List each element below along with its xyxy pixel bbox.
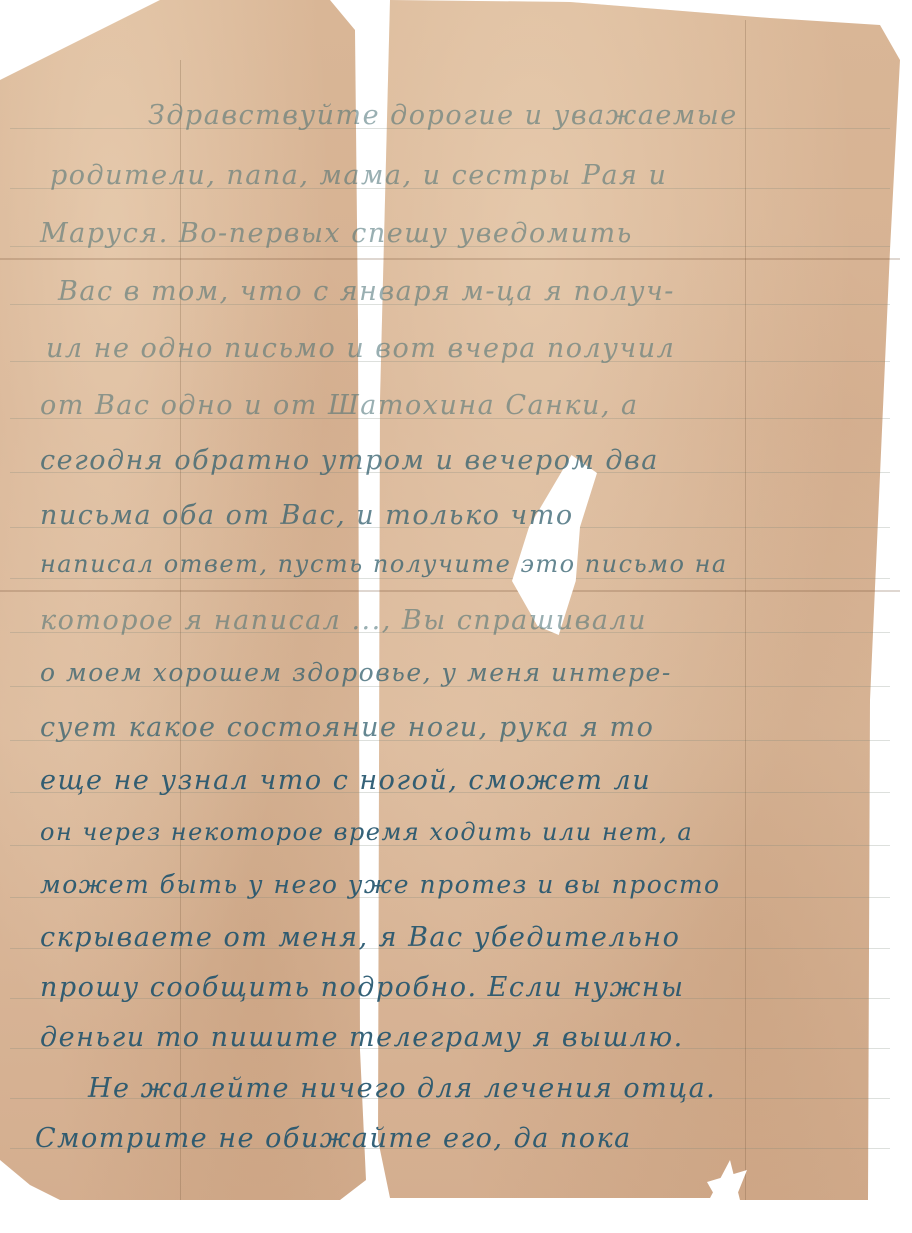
letter-line-8: письма оба от Вас, и только что: [40, 500, 574, 531]
letter-line-9: написал ответ, пусть получите это письмо…: [40, 550, 728, 578]
letter-line-4: Вас в том, что с января м-ца я получ-: [58, 276, 675, 307]
letter-line-20: Смотрите не обижайте его, да пока: [35, 1123, 632, 1154]
letter-line-14: он через некоторое время ходить или нет,…: [40, 818, 693, 846]
letter-line-16: скрываете от меня, я Вас убедительно: [40, 922, 680, 953]
letter-line-2: родители, папа, мама, и сестры Рая и: [50, 160, 667, 191]
letter-line-10: которое я написал ..., Вы спрашивали: [40, 605, 647, 636]
letter-line-11: о моем хорошем здоровье, у меня интере-: [40, 658, 672, 687]
letter-line-7: сегодня обратно утром и вечером два: [40, 445, 659, 476]
letter-line-17: прошу сообщить подробно. Если нужны: [40, 972, 685, 1003]
letter-line-19: Не жалейте ничего для лечения отца.: [88, 1073, 716, 1104]
letter-line-12: сует какое состояние ноги, рука я то: [40, 712, 654, 743]
letter-line-5: ил не одно письмо и вот вчера получил: [46, 333, 675, 364]
letter-line-3: Маруся. Во-первых спешу уведомить: [40, 218, 633, 249]
letter-line-13: еще не узнал что с ногой, сможет ли: [40, 765, 651, 796]
letter-line-15: может быть у него уже протез и вы просто: [40, 870, 721, 899]
letter-line-1: Здравствуйте дорогие и уважаемые: [148, 100, 738, 131]
letter-line-18: деньги то пишите телеграму я вышлю.: [40, 1022, 684, 1053]
letter-line-6: от Вас одно и от Шатохина Санки, а: [40, 390, 639, 421]
